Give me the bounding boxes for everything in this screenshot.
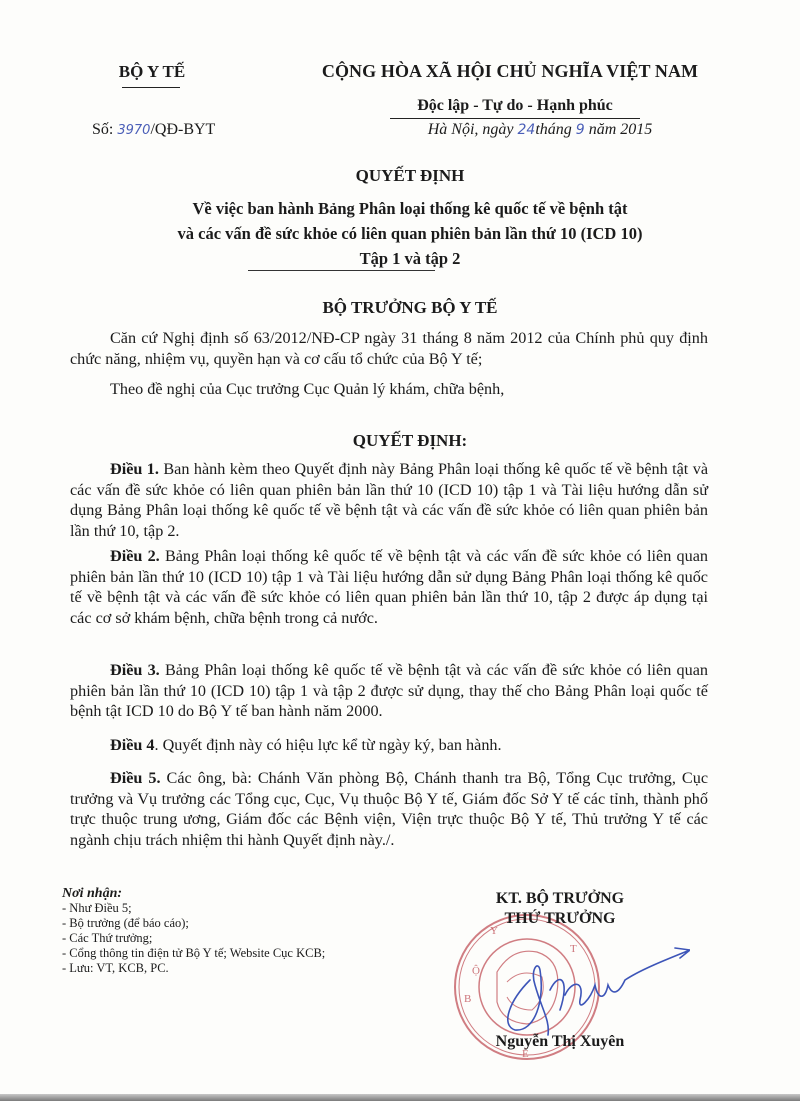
handwritten-signature-icon — [490, 940, 690, 1040]
legal-basis-paragraph: Căn cứ Nghị định số 63/2012/NĐ-CP ngày 3… — [70, 328, 708, 369]
article-label: Điều 1. — [110, 460, 159, 478]
national-title: CỘNG HÒA XÃ HỘI CHỦ NGHĨA VIỆT NAM — [300, 61, 720, 82]
date-prefix: Hà Nội, ngày — [428, 121, 518, 138]
article-text: Các ông, bà: Chánh Văn phòng Bộ, Chánh t… — [70, 769, 708, 849]
document-type-heading: QUYẾT ĐỊNH — [100, 166, 720, 186]
doc-number-suffix: /QĐ-BYT — [150, 121, 215, 138]
subject-line: và các vấn đề sức khỏe có liên quan phiê… — [100, 221, 720, 246]
issue-date: Hà Nội, ngày 24tháng 9 năm 2015 — [380, 121, 700, 139]
article-text: . Quyết định này có hiệu lực kể từ ngày … — [155, 736, 502, 754]
article-text: Ban hành kèm theo Quyết định này Bảng Ph… — [70, 460, 708, 540]
article-text: Bảng Phân loại thống kê quốc tế về bệnh … — [70, 547, 708, 627]
date-day-handwritten: 24 — [518, 122, 536, 138]
recipients-list: Nơi nhận: - Như Điều 5; - Bộ trưởng (để … — [62, 886, 382, 976]
svg-text:Ộ: Ộ — [472, 965, 480, 977]
decision-heading: QUYẾT ĐỊNH: — [100, 431, 720, 451]
article-label: Điều 3. — [110, 661, 160, 679]
recipient-item: - Lưu: VT, KCB, PC. — [62, 961, 382, 976]
signature-title: KT. BỘ TRƯỞNG THỨ TRƯỞNG — [430, 889, 690, 929]
recipients-title: Nơi nhận: — [62, 886, 382, 901]
date-month-label: tháng — [535, 121, 575, 138]
document-number: Số: 3970/QĐ-BYT — [92, 121, 215, 139]
article-label: Điều 5. — [110, 769, 161, 787]
proposal-paragraph: Theo đề nghị của Cục trưởng Cục Quản lý … — [70, 379, 708, 400]
issuing-authority: BỘ TRƯỞNG BỘ Y TẾ — [100, 298, 720, 318]
article-4: Điều 4. Quyết định này có hiệu lực kể từ… — [70, 735, 708, 756]
signature-title-line: KT. BỘ TRƯỞNG — [430, 889, 690, 909]
doc-number-prefix: Số: — [92, 121, 117, 138]
recipient-item: - Như Điều 5; — [62, 901, 382, 916]
issuing-organization: BỘ Y TẾ — [102, 62, 202, 82]
article-1: Điều 1. Ban hành kèm theo Quyết định này… — [70, 459, 708, 541]
signature-title-line: THỨ TRƯỞNG — [430, 909, 690, 929]
recipient-item: - Các Thứ trưởng; — [62, 931, 382, 946]
article-label: Điều 2. — [110, 547, 160, 565]
article-text: Bảng Phân loại thống kê quốc tế về bệnh … — [70, 661, 708, 720]
national-motto: Độc lập - Tự do - Hạnh phúc — [380, 97, 650, 115]
date-year: năm 2015 — [585, 121, 653, 138]
decision-document-page: BỘ Y TẾ CỘNG HÒA XÃ HỘI CHỦ NGHĨA VIỆT N… — [0, 0, 800, 1101]
recipient-item: - Bộ trưởng (để báo cáo); — [62, 916, 382, 931]
date-month-handwritten: 9 — [576, 122, 585, 138]
doc-number-handwritten: 3970 — [117, 123, 150, 138]
article-2: Điều 2. Bảng Phân loại thống kê quốc tế … — [70, 546, 708, 628]
scan-bottom-edge — [0, 1094, 800, 1101]
document-subject: Về việc ban hành Bảng Phân loại thống kê… — [100, 196, 720, 271]
recipient-item: - Cổng thông tin điện tử Bộ Y tế; Websit… — [62, 946, 382, 961]
seal-letter: B — [464, 993, 471, 1005]
signer-name: Nguyễn Thị Xuyên — [430, 1033, 690, 1051]
subject-underline — [248, 270, 435, 271]
organization-underline — [122, 87, 180, 88]
article-5: Điều 5. Các ông, bà: Chánh Văn phòng Bộ,… — [70, 768, 708, 850]
subject-line: Về việc ban hành Bảng Phân loại thống kê… — [100, 196, 720, 221]
subject-line: Tập 1 và tập 2 — [100, 246, 720, 271]
motto-underline — [390, 118, 640, 119]
article-3: Điều 3. Bảng Phân loại thống kê quốc tế … — [70, 660, 708, 722]
article-label: Điều 4 — [110, 736, 155, 754]
